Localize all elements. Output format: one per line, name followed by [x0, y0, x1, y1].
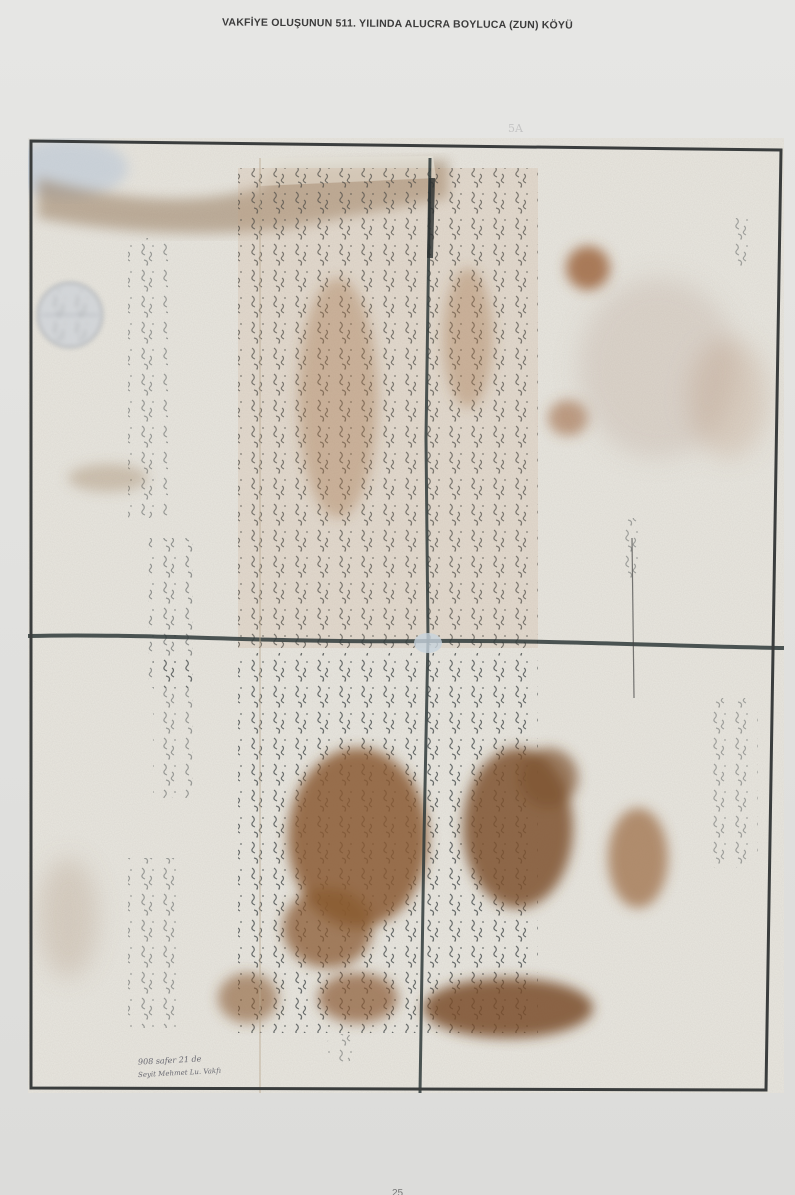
- vakfiye-document-image: [28, 138, 784, 1093]
- faint-mark: 5A: [508, 122, 523, 135]
- document-image-frame: 908 safer 21 de Seyit Mehmet Lu. Vakfı: [28, 138, 784, 1093]
- page-header: VAKFİYE OLUŞUNUN 511. YILINDA ALUCRA BOY…: [0, 15, 795, 34]
- round-seal: [38, 283, 102, 347]
- page-number: 25: [0, 1188, 795, 1195]
